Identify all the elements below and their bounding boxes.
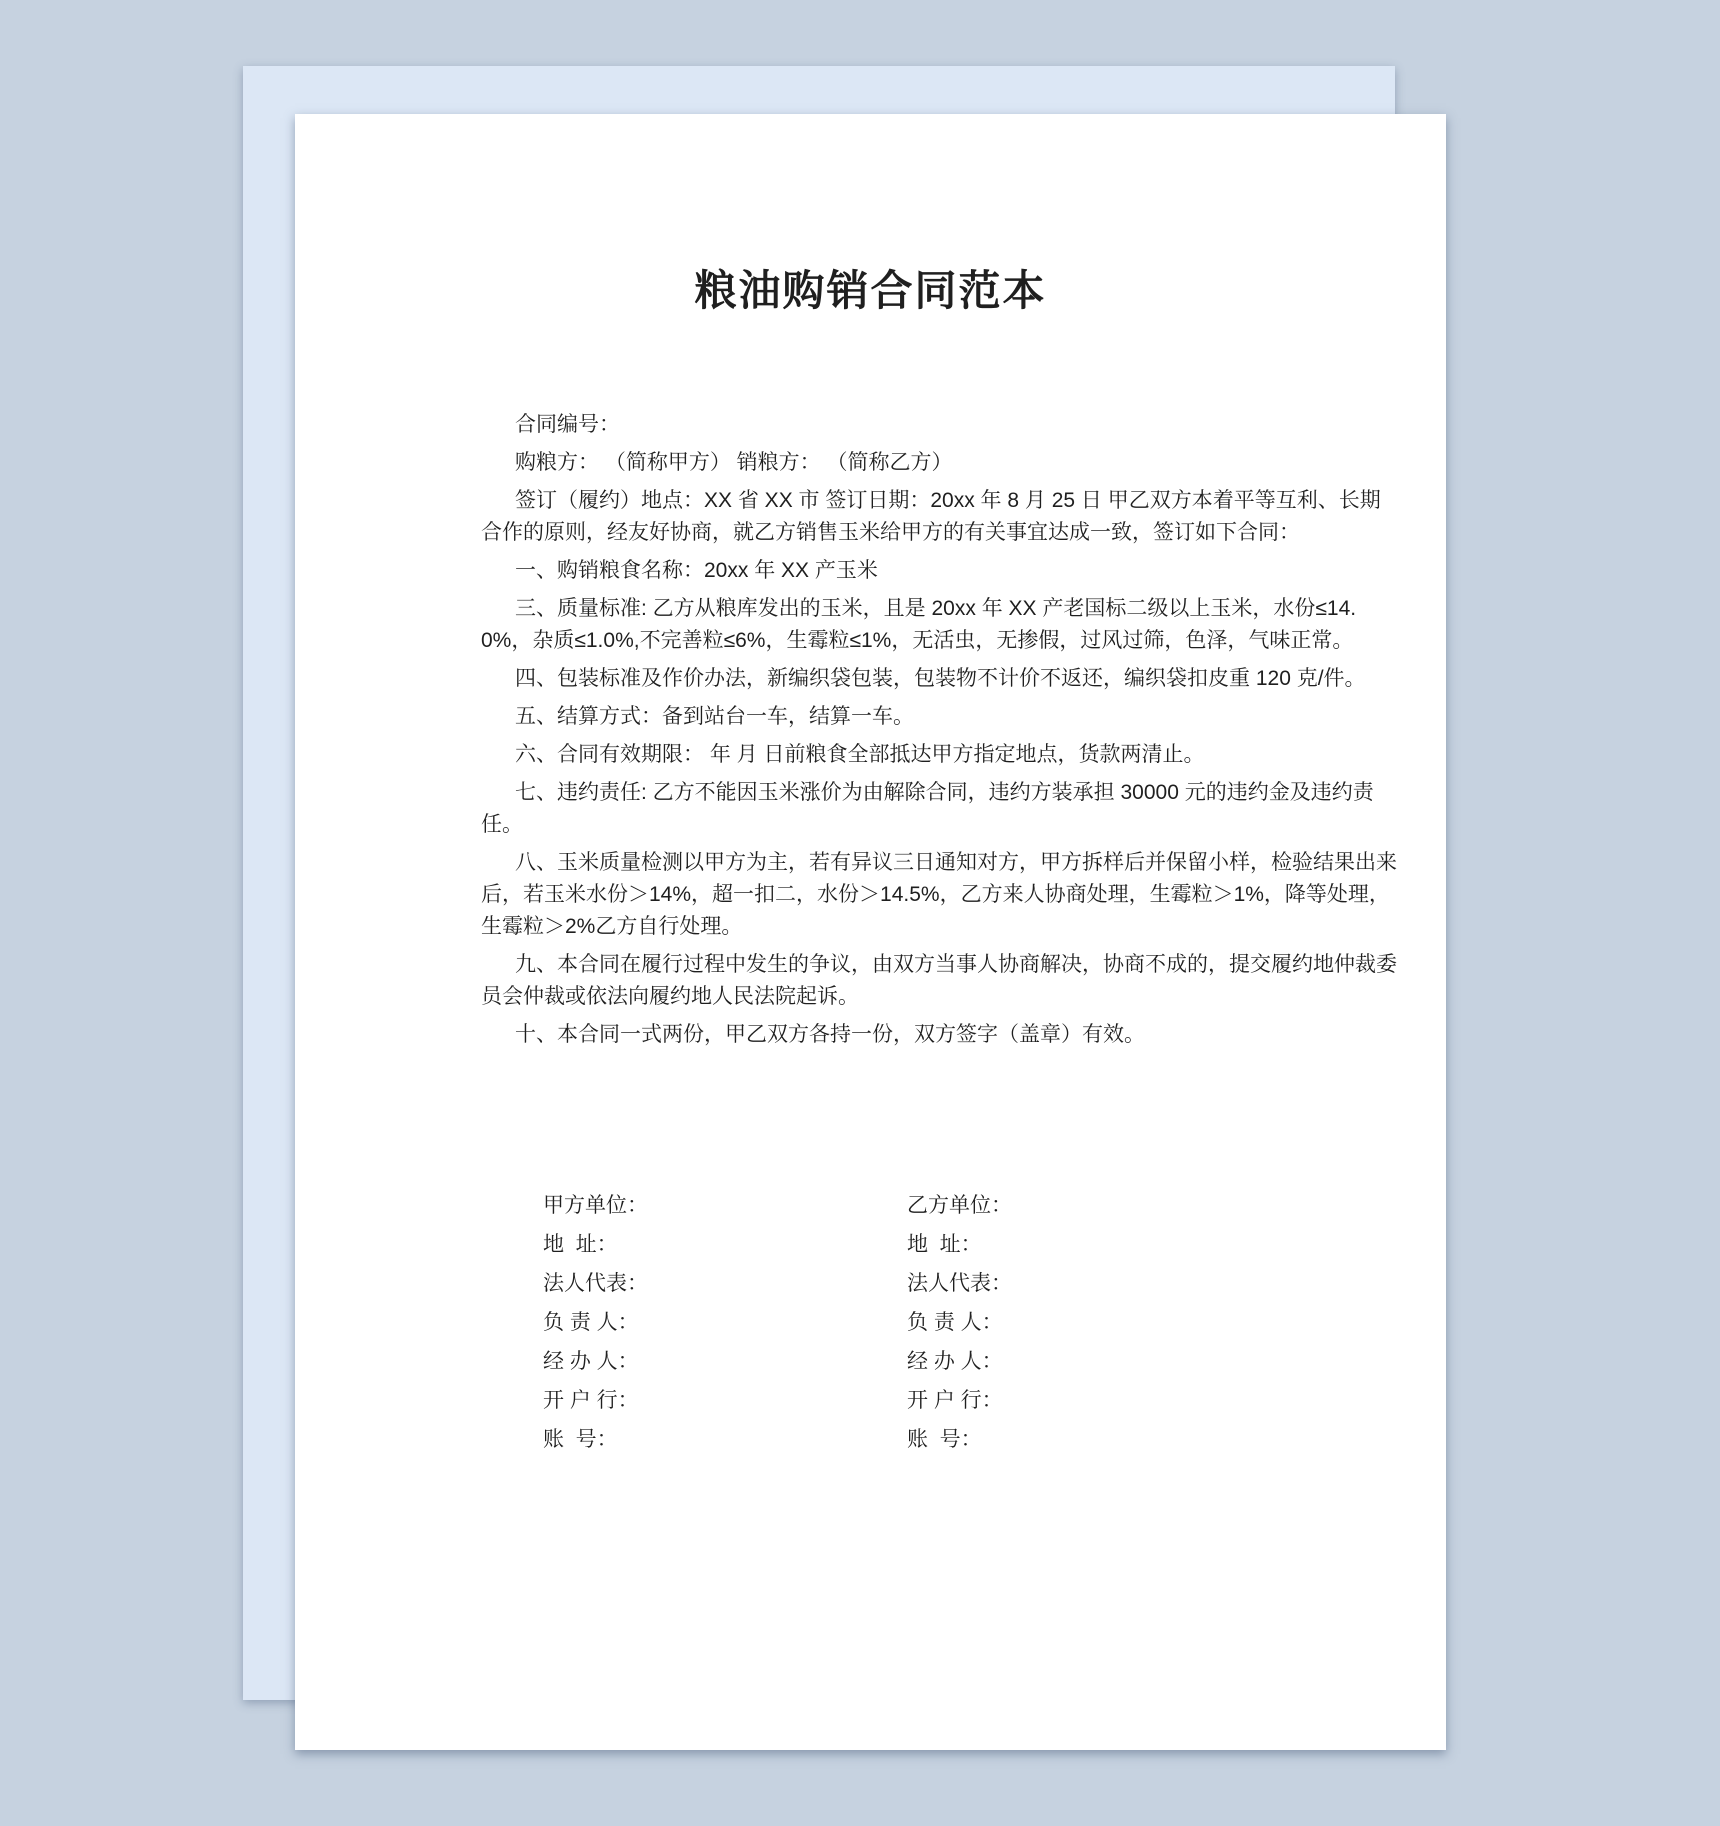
contract-paragraph-number: 合同编号： <box>481 409 1398 441</box>
contract-clause-6: 六、合同有效期限： 年 月 日前粮食全部抵达甲方指定地点，货款两清止。 <box>481 739 1398 771</box>
party-b-handler-label: 经 办 人： <box>907 1342 1012 1381</box>
party-b-account-label: 账 号： <box>907 1420 1012 1459</box>
contract-clause-4: 四、包装标准及作价办法，新编织袋包装，包装物不计价不返还，编织袋扣皮重 120 … <box>481 663 1398 695</box>
party-b-principal-label: 负 责 人： <box>907 1303 1012 1342</box>
contract-clause-7: 七、违约责任: 乙方不能因玉米涨价为由解除合同，违约方装承担 30000 元的违… <box>481 777 1398 841</box>
contract-clause-5: 五、结算方式：备到站台一车，结算一车。 <box>481 701 1398 733</box>
contract-paragraph-preamble: 签订（履约）地点：XX 省 XX 市 签订日期：20xx 年 8 月 25 日 … <box>481 485 1398 549</box>
contract-page: 粮油购销合同范本 合同编号： 购粮方： （简称甲方） 销粮方： （简称乙方） 签… <box>295 114 1446 1750</box>
party-a-signature-column: 甲方单位： 地 址： 法人代表： 负 责 人： 经 办 人： 开 户 行： 账 … <box>543 1186 907 1459</box>
contract-paragraph-parties: 购粮方： （简称甲方） 销粮方： （简称乙方） <box>481 447 1398 479</box>
party-b-unit-label: 乙方单位： <box>907 1186 1012 1225</box>
party-a-handler-label: 经 办 人： <box>543 1342 907 1381</box>
party-a-principal-label: 负 责 人： <box>543 1303 907 1342</box>
contract-clause-8: 八、玉米质量检测以甲方为主，若有异议三日通知对方，甲方拆样后并保留小样，检验结果… <box>481 847 1398 943</box>
party-b-legal-rep-label: 法人代表： <box>907 1264 1012 1303</box>
party-b-signature-column: 乙方单位： 地 址： 法人代表： 负 责 人： 经 办 人： 开 户 行： 账 … <box>907 1186 1012 1459</box>
document-title: 粮油购销合同范本 <box>295 262 1446 321</box>
party-a-address-label: 地 址： <box>543 1225 907 1264</box>
contract-body: 合同编号： 购粮方： （简称甲方） 销粮方： （简称乙方） 签订（履约）地点：X… <box>295 409 1446 1051</box>
party-a-bank-label: 开 户 行： <box>543 1381 907 1420</box>
party-a-account-label: 账 号： <box>543 1420 907 1459</box>
contract-clause-10: 十、本合同一式两份，甲乙双方各持一份，双方签字（盖章）有效。 <box>481 1019 1398 1051</box>
desktop-canvas: 粮油购销合同范本 合同编号： 购粮方： （简称甲方） 销粮方： （简称乙方） 签… <box>0 0 1720 1826</box>
party-b-address-label: 地 址： <box>907 1225 1012 1264</box>
signature-block: 甲方单位： 地 址： 法人代表： 负 责 人： 经 办 人： 开 户 行： 账 … <box>543 1186 1446 1459</box>
party-b-bank-label: 开 户 行： <box>907 1381 1012 1420</box>
contract-clause-9: 九、本合同在履行过程中发生的争议，由双方当事人协商解决，协商不成的，提交履约地仲… <box>481 949 1398 1013</box>
contract-clause-1: 一、购销粮食名称：20xx 年 XX 产玉米 <box>481 555 1398 587</box>
party-a-unit-label: 甲方单位： <box>543 1186 907 1225</box>
contract-clause-3: 三、质量标准: 乙方从粮库发出的玉米，且是 20xx 年 XX 产老国标二级以上… <box>481 593 1398 657</box>
party-a-legal-rep-label: 法人代表： <box>543 1264 907 1303</box>
